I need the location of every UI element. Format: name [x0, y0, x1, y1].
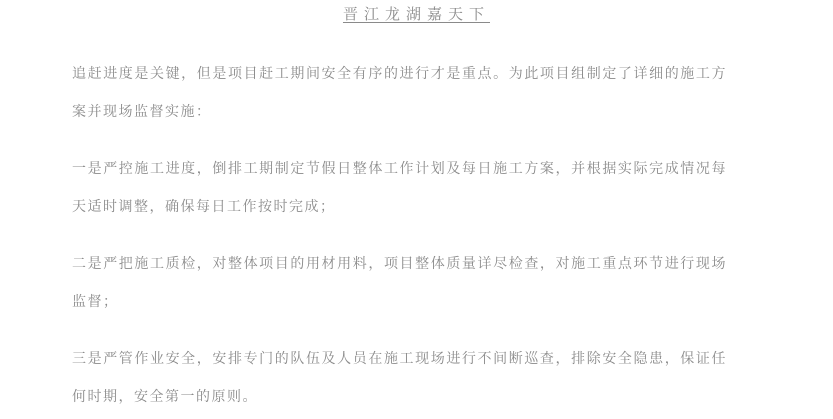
document-page: 晋江龙湖嘉天下 追赶进度是关键，但是项目赶工期间安全有序的进行才是重点。为此项目… — [0, 0, 833, 419]
document-title: 晋江龙湖嘉天下 — [0, 0, 833, 28]
paragraph-intro: 追赶进度是关键，但是项目赶工期间安全有序的进行才是重点。为此项目组制定了详细的施… — [72, 56, 727, 131]
paragraph-point-3: 三是严管作业安全，安排专门的队伍及人员在施工现场进行不间断巡查，排除安全隐患，保… — [72, 341, 727, 416]
document-body: 追赶进度是关键，但是项目赶工期间安全有序的进行才是重点。为此项目组制定了详细的施… — [72, 56, 727, 416]
paragraph-point-1: 一是严控施工进度，倒排工期制定节假日整体工作计划及每日施工方案，并根据实际完成情… — [72, 151, 727, 226]
paragraph-point-2: 二是严把施工质检，对整体项目的用材用料，项目整体质量详尽检查，对施工重点环节进行… — [72, 246, 727, 321]
